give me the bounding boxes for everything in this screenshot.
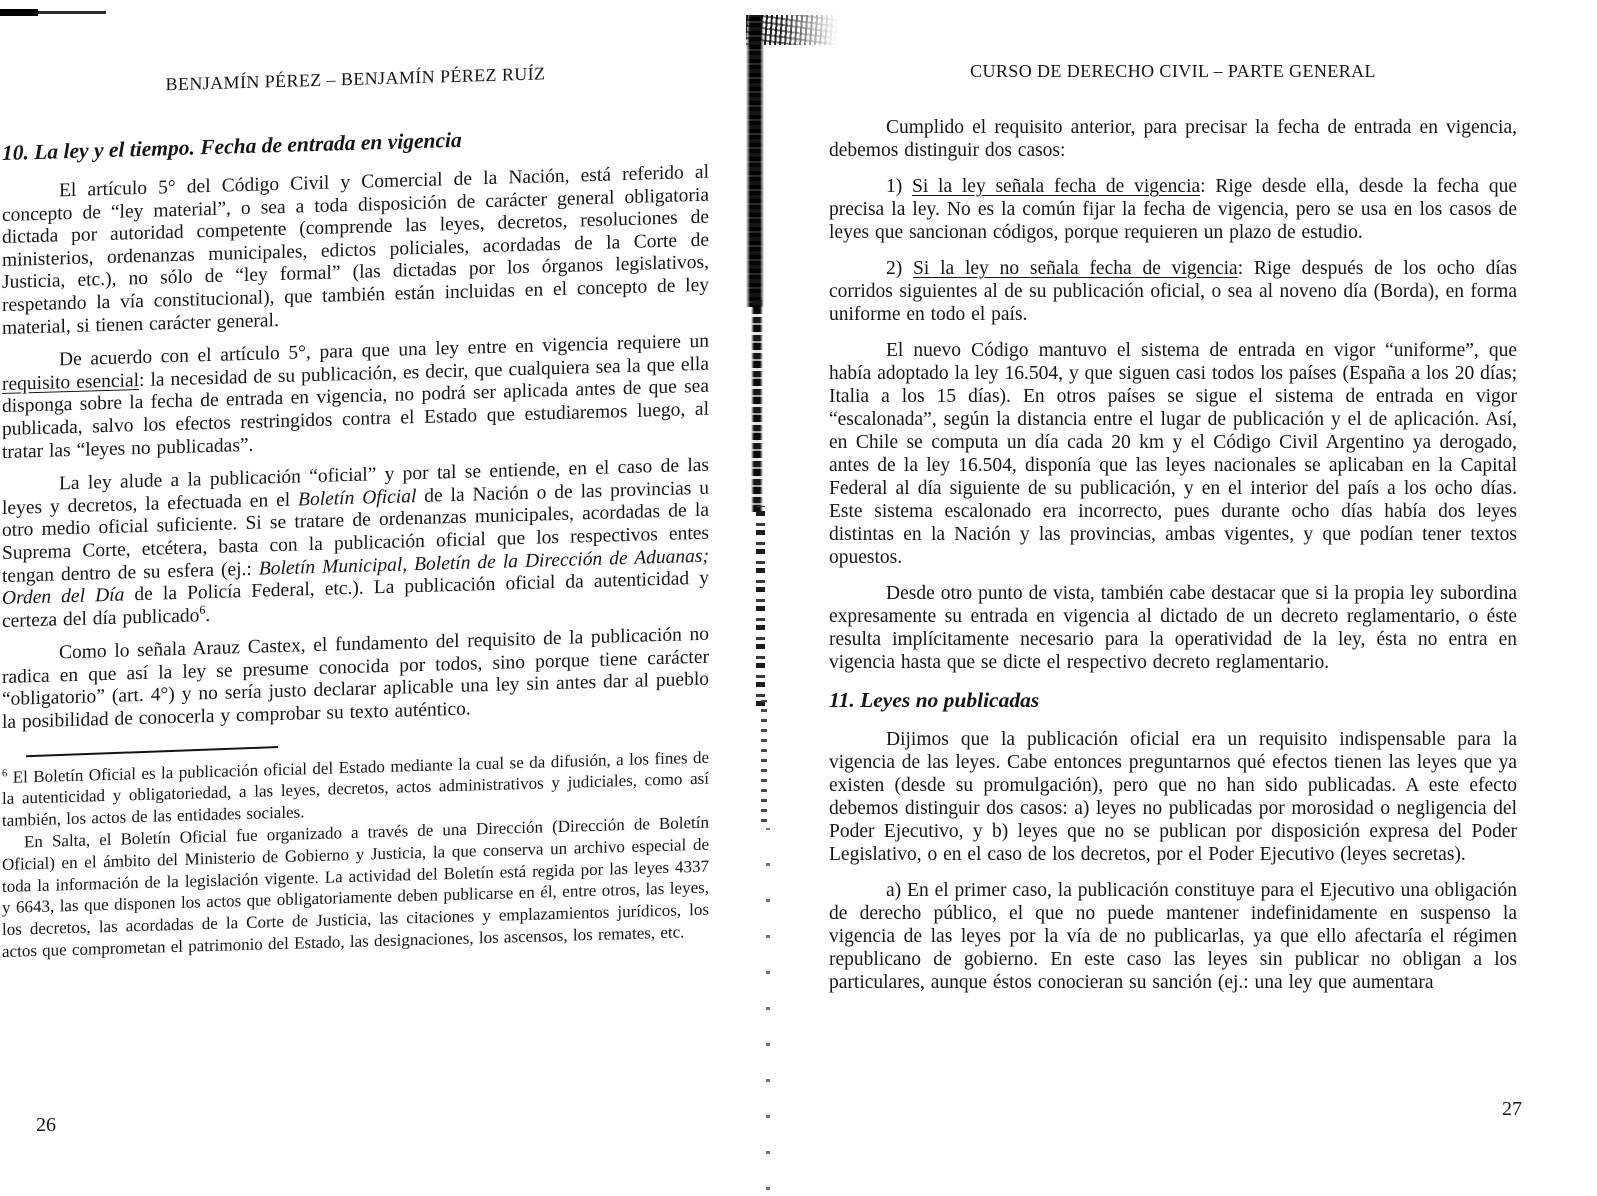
right-page: CURSO DE DERECHO CIVIL – PARTE GENERAL C… (829, 48, 1517, 1007)
gutter-strip-lower (756, 506, 765, 706)
paragraph: Como lo señala Arauz Castex, el fundamen… (2, 624, 709, 735)
paragraph: De acuerdo con el artículo 5°, para que … (2, 331, 709, 464)
gutter-smudge-top (746, 15, 842, 45)
paragraph: 1) Si la ley señala fecha de vigencia: R… (829, 175, 1517, 244)
gutter-strip-middle (751, 300, 763, 512)
paragraph: Desde otro punto de vista, también cabe … (829, 582, 1517, 674)
paragraph: 2) Si la ley no señala fecha de vigencia… (829, 257, 1517, 326)
section-heading-10: 10. La ley y el tiempo. Fecha de entrada… (2, 120, 709, 167)
paragraph: a) En el primer caso, la publicación con… (829, 879, 1517, 994)
gutter-strip-upper (746, 15, 764, 307)
paragraph: El artículo 5° del Código Civil y Comerc… (2, 162, 709, 341)
running-header-left: BENJAMÍN PÉREZ – BENJAMÍN PÉREZ RUÍZ (2, 58, 709, 100)
page-number-right: 27 (1502, 1098, 1522, 1120)
paragraph: Dijimos que la publicación oficial era u… (829, 728, 1517, 866)
paragraph: El nuevo Código mantuvo el sistema de en… (829, 339, 1517, 569)
gutter-dotted-tail (766, 828, 770, 1190)
paragraph: Cumplido el requisito anterior, para pre… (829, 116, 1517, 162)
scanned-book-spread: { "theme": { "paper": "#ffffff", "ink": … (0, 0, 1597, 1196)
running-header-right: CURSO DE DERECHO CIVIL – PARTE GENERAL (829, 60, 1517, 82)
footnote-rule (26, 746, 278, 757)
section-heading-11: 11. Leyes no publicadas (829, 687, 1517, 714)
paragraph: La ley alude a la publicación “oficial” … (2, 455, 709, 634)
page-number-left: 26 (36, 1114, 56, 1136)
footnote: En Salta, el Boletín Oficial fue organiz… (2, 812, 709, 963)
scan-smudge-top-left (0, 9, 108, 17)
left-page: BENJAMÍN PÉREZ – BENJAMÍN PÉREZ RUÍZ 10.… (2, 44, 709, 963)
gutter-strip-faint (761, 700, 767, 822)
